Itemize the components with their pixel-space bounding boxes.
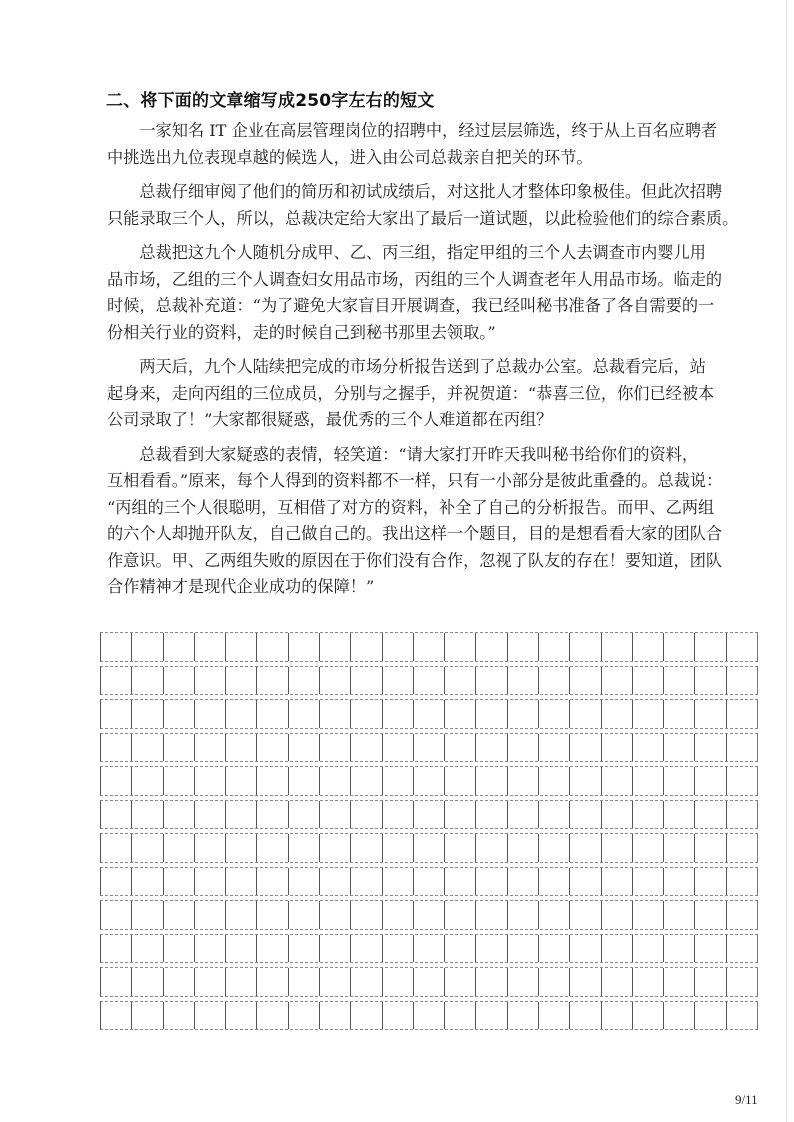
grid-cell[interactable] bbox=[570, 667, 601, 695]
grid-cell[interactable] bbox=[195, 734, 226, 762]
grid-cell[interactable] bbox=[164, 633, 195, 661]
grid-cell[interactable] bbox=[289, 633, 320, 661]
grid-cell[interactable] bbox=[695, 968, 726, 996]
grid-cell[interactable] bbox=[539, 700, 570, 728]
grid-cell[interactable] bbox=[570, 767, 601, 795]
grid-cell[interactable] bbox=[633, 801, 664, 829]
grid-cell[interactable] bbox=[351, 801, 382, 829]
grid-cell[interactable] bbox=[414, 834, 445, 862]
grid-cell[interactable] bbox=[476, 834, 507, 862]
writing-grid bbox=[100, 632, 758, 1034]
grid-cell[interactable] bbox=[508, 834, 539, 862]
grid-cell[interactable] bbox=[602, 935, 633, 963]
grid-cell[interactable] bbox=[132, 801, 163, 829]
paragraph-line: “丙组的三个人很聪明，互相借了对方的资料，补全了自己的分析报告。而甲、乙两组 bbox=[107, 495, 779, 522]
grid-cell[interactable] bbox=[602, 667, 633, 695]
grid-cell[interactable] bbox=[445, 633, 476, 661]
grid-cell[interactable] bbox=[101, 901, 132, 929]
grid-cell[interactable] bbox=[226, 868, 257, 896]
grid-row bbox=[100, 733, 758, 763]
grid-cell[interactable] bbox=[289, 834, 320, 862]
grid-cell[interactable] bbox=[664, 1002, 695, 1030]
grid-cell[interactable] bbox=[101, 734, 132, 762]
grid-row bbox=[100, 800, 758, 830]
grid-cell[interactable] bbox=[539, 868, 570, 896]
grid-cell[interactable] bbox=[101, 935, 132, 963]
grid-cell[interactable] bbox=[727, 868, 757, 896]
grid-cell[interactable] bbox=[414, 935, 445, 963]
grid-cell[interactable] bbox=[351, 901, 382, 929]
grid-cell[interactable] bbox=[570, 834, 601, 862]
grid-cell[interactable] bbox=[727, 968, 757, 996]
grid-cell[interactable] bbox=[508, 868, 539, 896]
grid-cell[interactable] bbox=[727, 935, 757, 963]
article-paragraph: 两天后，九个人陆续把完成的市场分析报告送到了总裁办公室。总裁看完后，站起身来，走… bbox=[107, 354, 779, 434]
grid-cell[interactable] bbox=[351, 767, 382, 795]
grid-cell[interactable] bbox=[633, 901, 664, 929]
grid-cell[interactable] bbox=[633, 767, 664, 795]
paragraph-line: 起身来，走向丙组的三位成员，分别与之握手，并祝贺道：“恭喜三位，你们已经被本 bbox=[107, 381, 779, 408]
grid-cell[interactable] bbox=[101, 633, 132, 661]
grid-cell[interactable] bbox=[164, 901, 195, 929]
article-text: 一家知名 IT 企业在高层管理岗位的招聘中，经过层层筛选，终于从上百名应聘者中挑… bbox=[107, 118, 779, 609]
grid-cell[interactable] bbox=[132, 734, 163, 762]
page-number: 9/11 bbox=[735, 1092, 758, 1108]
paragraph-line: 合作精神才是现代企业成功的保障！” bbox=[107, 574, 779, 601]
grid-cell[interactable] bbox=[602, 1002, 633, 1030]
grid-cell[interactable] bbox=[351, 667, 382, 695]
grid-cell[interactable] bbox=[570, 801, 601, 829]
grid-cell[interactable] bbox=[351, 700, 382, 728]
grid-cell[interactable] bbox=[226, 968, 257, 996]
grid-cell[interactable] bbox=[445, 968, 476, 996]
grid-cell[interactable] bbox=[383, 633, 414, 661]
grid-cell[interactable] bbox=[539, 901, 570, 929]
grid-cell[interactable] bbox=[664, 901, 695, 929]
grid-cell[interactable] bbox=[132, 868, 163, 896]
paragraph-line: 中挑选出九位表现卓越的候选人，进入由公司总裁亲自把关的环节。 bbox=[107, 145, 779, 172]
grid-cell[interactable] bbox=[320, 700, 351, 728]
paragraph-line: 总裁把这九个人随机分成甲、乙、丙三组，指定甲组的三个人去调查市内婴儿用 bbox=[107, 240, 779, 267]
grid-row bbox=[100, 867, 758, 897]
grid-cell[interactable] bbox=[476, 700, 507, 728]
grid-cell[interactable] bbox=[695, 667, 726, 695]
grid-cell[interactable] bbox=[164, 667, 195, 695]
grid-cell[interactable] bbox=[414, 667, 445, 695]
grid-cell[interactable] bbox=[602, 901, 633, 929]
grid-cell[interactable] bbox=[570, 734, 601, 762]
grid-cell[interactable] bbox=[508, 633, 539, 661]
grid-cell[interactable] bbox=[226, 834, 257, 862]
grid-cell[interactable] bbox=[539, 801, 570, 829]
grid-cell[interactable] bbox=[320, 667, 351, 695]
grid-cell[interactable] bbox=[570, 1002, 601, 1030]
grid-cell[interactable] bbox=[414, 700, 445, 728]
grid-cell[interactable] bbox=[195, 700, 226, 728]
paragraph-line: 互相看看。”原来，每个人得到的资料都不一样，只有一小部分是彼此重叠的。总裁说： bbox=[107, 468, 779, 495]
grid-cell[interactable] bbox=[101, 767, 132, 795]
grid-cell[interactable] bbox=[351, 633, 382, 661]
grid-cell[interactable] bbox=[664, 968, 695, 996]
grid-cell[interactable] bbox=[383, 767, 414, 795]
grid-cell[interactable] bbox=[414, 734, 445, 762]
grid-cell[interactable] bbox=[476, 734, 507, 762]
grid-cell[interactable] bbox=[602, 834, 633, 862]
grid-cell[interactable] bbox=[383, 1002, 414, 1030]
grid-cell[interactable] bbox=[383, 901, 414, 929]
grid-cell[interactable] bbox=[257, 868, 288, 896]
grid-cell[interactable] bbox=[727, 1002, 757, 1030]
grid-row bbox=[100, 833, 758, 863]
grid-cell[interactable] bbox=[164, 700, 195, 728]
paragraph-line: 只能录取三个人，所以，总裁决定给大家出了最后一道试题，以此检验他们的综合素质。 bbox=[107, 206, 779, 233]
grid-cell[interactable] bbox=[664, 801, 695, 829]
grid-cell[interactable] bbox=[664, 868, 695, 896]
grid-row bbox=[100, 934, 758, 964]
grid-cell[interactable] bbox=[602, 968, 633, 996]
grid-cell[interactable] bbox=[445, 700, 476, 728]
grid-row bbox=[100, 967, 758, 997]
grid-cell[interactable] bbox=[226, 700, 257, 728]
grid-cell[interactable] bbox=[257, 1002, 288, 1030]
grid-cell[interactable] bbox=[226, 767, 257, 795]
grid-cell[interactable] bbox=[257, 968, 288, 996]
grid-cell[interactable] bbox=[476, 901, 507, 929]
grid-cell[interactable] bbox=[164, 935, 195, 963]
grid-cell[interactable] bbox=[602, 801, 633, 829]
grid-cell[interactable] bbox=[414, 1002, 445, 1030]
grid-cell[interactable] bbox=[508, 667, 539, 695]
grid-cell[interactable] bbox=[383, 667, 414, 695]
grid-cell[interactable] bbox=[664, 767, 695, 795]
grid-cell[interactable] bbox=[257, 801, 288, 829]
grid-cell[interactable] bbox=[132, 968, 163, 996]
grid-cell[interactable] bbox=[226, 801, 257, 829]
grid-cell[interactable] bbox=[570, 935, 601, 963]
grid-cell[interactable] bbox=[320, 968, 351, 996]
grid-cell[interactable] bbox=[195, 633, 226, 661]
paragraph-line: 公司录取了！”大家都很疑惑，最优秀的三个人难道都在丙组？ bbox=[107, 407, 779, 434]
grid-cell[interactable] bbox=[351, 734, 382, 762]
grid-cell[interactable] bbox=[539, 667, 570, 695]
grid-cell[interactable] bbox=[602, 868, 633, 896]
grid-cell[interactable] bbox=[132, 834, 163, 862]
grid-cell[interactable] bbox=[445, 667, 476, 695]
grid-cell[interactable] bbox=[602, 767, 633, 795]
grid-cell[interactable] bbox=[101, 667, 132, 695]
grid-cell[interactable] bbox=[320, 935, 351, 963]
grid-cell[interactable] bbox=[101, 968, 132, 996]
grid-cell[interactable] bbox=[727, 834, 757, 862]
grid-cell[interactable] bbox=[257, 901, 288, 929]
grid-cell[interactable] bbox=[164, 1002, 195, 1030]
grid-cell[interactable] bbox=[727, 700, 757, 728]
grid-cell[interactable] bbox=[727, 801, 757, 829]
grid-cell[interactable] bbox=[539, 834, 570, 862]
grid-cell[interactable] bbox=[351, 834, 382, 862]
grid-cell[interactable] bbox=[445, 834, 476, 862]
grid-cell[interactable] bbox=[226, 667, 257, 695]
grid-cell[interactable] bbox=[320, 633, 351, 661]
grid-cell[interactable] bbox=[695, 935, 726, 963]
paragraph-line: 总裁看到大家疑惑的表情，轻笑道：“请大家打开昨天我叫秘书给你们的资料， bbox=[107, 442, 779, 469]
grid-cell[interactable] bbox=[476, 968, 507, 996]
grid-cell[interactable] bbox=[633, 667, 664, 695]
grid-cell[interactable] bbox=[164, 767, 195, 795]
grid-cell[interactable] bbox=[195, 834, 226, 862]
grid-cell[interactable] bbox=[476, 935, 507, 963]
grid-cell[interactable] bbox=[132, 1002, 163, 1030]
grid-cell[interactable] bbox=[257, 633, 288, 661]
grid-cell[interactable] bbox=[570, 901, 601, 929]
paragraph-line: 一家知名 IT 企业在高层管理岗位的招聘中，经过层层筛选，终于从上百名应聘者 bbox=[107, 118, 779, 145]
grid-cell[interactable] bbox=[727, 734, 757, 762]
grid-cell[interactable] bbox=[695, 700, 726, 728]
grid-cell[interactable] bbox=[539, 1002, 570, 1030]
grid-cell[interactable] bbox=[164, 834, 195, 862]
paragraph-line: 时候，总裁补充道：“为了避免大家盲目开展调查，我已经叫秘书准备了各自需要的一 bbox=[107, 293, 779, 320]
grid-cell[interactable] bbox=[164, 968, 195, 996]
grid-cell[interactable] bbox=[351, 868, 382, 896]
grid-row bbox=[100, 766, 758, 796]
grid-cell[interactable] bbox=[257, 700, 288, 728]
grid-cell[interactable] bbox=[445, 901, 476, 929]
grid-cell[interactable] bbox=[414, 767, 445, 795]
grid-cell[interactable] bbox=[383, 935, 414, 963]
grid-cell[interactable] bbox=[633, 700, 664, 728]
grid-cell[interactable] bbox=[476, 1002, 507, 1030]
grid-cell[interactable] bbox=[539, 633, 570, 661]
grid-cell[interactable] bbox=[539, 767, 570, 795]
grid-cell[interactable] bbox=[633, 935, 664, 963]
grid-cell[interactable] bbox=[695, 801, 726, 829]
grid-cell[interactable] bbox=[508, 1002, 539, 1030]
grid-cell[interactable] bbox=[195, 935, 226, 963]
grid-cell[interactable] bbox=[226, 935, 257, 963]
grid-row bbox=[100, 699, 758, 729]
grid-cell[interactable] bbox=[383, 868, 414, 896]
grid-cell[interactable] bbox=[351, 1002, 382, 1030]
grid-cell[interactable] bbox=[727, 633, 757, 661]
grid-cell[interactable] bbox=[695, 633, 726, 661]
grid-cell[interactable] bbox=[445, 801, 476, 829]
article-paragraph: 总裁仔细审阅了他们的简历和初试成绩后，对这批人才整体印象极佳。但此次招聘只能录取… bbox=[107, 179, 779, 232]
grid-cell[interactable] bbox=[195, 767, 226, 795]
grid-cell[interactable] bbox=[195, 868, 226, 896]
grid-cell[interactable] bbox=[289, 968, 320, 996]
paragraph-line: 份相关行业的资料，走的时候自己到秘书那里去领取。” bbox=[107, 320, 779, 347]
article-paragraph: 总裁把这九个人随机分成甲、乙、丙三组，指定甲组的三个人去调查市内婴儿用品市场，乙… bbox=[107, 240, 779, 346]
grid-cell[interactable] bbox=[351, 968, 382, 996]
grid-row bbox=[100, 1001, 758, 1031]
grid-cell[interactable] bbox=[195, 801, 226, 829]
paragraph-line: 两天后，九个人陆续把完成的市场分析报告送到了总裁办公室。总裁看完后，站 bbox=[107, 354, 779, 381]
grid-cell[interactable] bbox=[351, 935, 382, 963]
grid-cell[interactable] bbox=[539, 935, 570, 963]
grid-cell[interactable] bbox=[602, 734, 633, 762]
grid-cell[interactable] bbox=[539, 734, 570, 762]
grid-cell[interactable] bbox=[664, 667, 695, 695]
grid-cell[interactable] bbox=[664, 734, 695, 762]
grid-cell[interactable] bbox=[695, 767, 726, 795]
grid-cell[interactable] bbox=[257, 767, 288, 795]
grid-cell[interactable] bbox=[226, 901, 257, 929]
grid-row bbox=[100, 666, 758, 696]
grid-cell[interactable] bbox=[195, 968, 226, 996]
grid-cell[interactable] bbox=[695, 834, 726, 862]
grid-cell[interactable] bbox=[602, 700, 633, 728]
grid-cell[interactable] bbox=[320, 767, 351, 795]
grid-cell[interactable] bbox=[164, 734, 195, 762]
grid-cell[interactable] bbox=[164, 801, 195, 829]
grid-cell[interactable] bbox=[445, 935, 476, 963]
grid-cell[interactable] bbox=[445, 767, 476, 795]
grid-cell[interactable] bbox=[414, 868, 445, 896]
grid-cell[interactable] bbox=[445, 734, 476, 762]
grid-cell[interactable] bbox=[570, 700, 601, 728]
grid-cell[interactable] bbox=[476, 667, 507, 695]
grid-cell[interactable] bbox=[414, 801, 445, 829]
grid-cell[interactable] bbox=[602, 633, 633, 661]
section-heading: 二、将下面的文章缩写成250字左右的短文 bbox=[106, 86, 435, 111]
grid-cell[interactable] bbox=[633, 868, 664, 896]
grid-cell[interactable] bbox=[226, 734, 257, 762]
grid-cell[interactable] bbox=[195, 667, 226, 695]
grid-cell[interactable] bbox=[132, 901, 163, 929]
grid-cell[interactable] bbox=[257, 834, 288, 862]
grid-cell[interactable] bbox=[289, 935, 320, 963]
article-paragraph: 总裁看到大家疑惑的表情，轻笑道：“请大家打开昨天我叫秘书给你们的资料，互相看看。… bbox=[107, 442, 779, 601]
page-edge bbox=[786, 0, 787, 1122]
grid-cell[interactable] bbox=[695, 1002, 726, 1030]
grid-cell[interactable] bbox=[633, 834, 664, 862]
grid-cell[interactable] bbox=[289, 1002, 320, 1030]
grid-row bbox=[100, 900, 758, 930]
grid-cell[interactable] bbox=[101, 868, 132, 896]
paragraph-line: 作意识。甲、乙两组失败的原因在于你们没有合作，忽视了队友的存在！要知道，团队 bbox=[107, 548, 779, 575]
grid-cell[interactable] bbox=[508, 767, 539, 795]
grid-cell[interactable] bbox=[476, 868, 507, 896]
grid-cell[interactable] bbox=[289, 801, 320, 829]
grid-cell[interactable] bbox=[383, 801, 414, 829]
grid-cell[interactable] bbox=[132, 767, 163, 795]
grid-cell[interactable] bbox=[289, 667, 320, 695]
paragraph-line: 总裁仔细审阅了他们的简历和初试成绩后，对这批人才整体印象极佳。但此次招聘 bbox=[107, 179, 779, 206]
grid-cell[interactable] bbox=[320, 1002, 351, 1030]
grid-cell[interactable] bbox=[633, 633, 664, 661]
grid-cell[interactable] bbox=[383, 734, 414, 762]
grid-cell[interactable] bbox=[132, 667, 163, 695]
article-paragraph: 一家知名 IT 企业在高层管理岗位的招聘中，经过层层筛选，终于从上百名应聘者中挑… bbox=[107, 118, 779, 171]
grid-cell[interactable] bbox=[508, 734, 539, 762]
grid-cell[interactable] bbox=[383, 968, 414, 996]
grid-cell[interactable] bbox=[570, 968, 601, 996]
grid-cell[interactable] bbox=[257, 935, 288, 963]
grid-cell[interactable] bbox=[320, 801, 351, 829]
grid-cell[interactable] bbox=[570, 868, 601, 896]
grid-cell[interactable] bbox=[257, 667, 288, 695]
grid-cell[interactable] bbox=[195, 901, 226, 929]
grid-cell[interactable] bbox=[320, 734, 351, 762]
grid-cell[interactable] bbox=[633, 968, 664, 996]
grid-cell[interactable] bbox=[164, 868, 195, 896]
grid-cell[interactable] bbox=[570, 633, 601, 661]
paragraph-line: 的六个人却抛开队友，自己做自己的。我出这样一个题目，目的是想看看大家的团队合 bbox=[107, 521, 779, 548]
grid-cell[interactable] bbox=[101, 700, 132, 728]
grid-cell[interactable] bbox=[132, 633, 163, 661]
grid-cell[interactable] bbox=[508, 801, 539, 829]
grid-cell[interactable] bbox=[132, 700, 163, 728]
grid-cell[interactable] bbox=[695, 868, 726, 896]
grid-cell[interactable] bbox=[664, 834, 695, 862]
grid-cell[interactable] bbox=[257, 734, 288, 762]
grid-cell[interactable] bbox=[226, 1002, 257, 1030]
grid-cell[interactable] bbox=[727, 901, 757, 929]
grid-cell[interactable] bbox=[383, 700, 414, 728]
grid-cell[interactable] bbox=[320, 868, 351, 896]
grid-cell[interactable] bbox=[508, 700, 539, 728]
grid-cell[interactable] bbox=[695, 901, 726, 929]
grid-cell[interactable] bbox=[383, 834, 414, 862]
grid-cell[interactable] bbox=[727, 667, 757, 695]
grid-cell[interactable] bbox=[445, 868, 476, 896]
grid-cell[interactable] bbox=[414, 968, 445, 996]
grid-cell[interactable] bbox=[633, 734, 664, 762]
grid-cell[interactable] bbox=[476, 767, 507, 795]
grid-cell[interactable] bbox=[414, 901, 445, 929]
grid-cell[interactable] bbox=[508, 935, 539, 963]
grid-cell[interactable] bbox=[289, 868, 320, 896]
grid-cell[interactable] bbox=[476, 633, 507, 661]
grid-cell[interactable] bbox=[320, 834, 351, 862]
grid-cell[interactable] bbox=[445, 1002, 476, 1030]
grid-cell[interactable] bbox=[132, 935, 163, 963]
grid-cell[interactable] bbox=[101, 1002, 132, 1030]
grid-cell[interactable] bbox=[289, 700, 320, 728]
grid-cell[interactable] bbox=[320, 901, 351, 929]
grid-cell[interactable] bbox=[226, 633, 257, 661]
grid-cell[interactable] bbox=[476, 801, 507, 829]
grid-cell[interactable] bbox=[508, 968, 539, 996]
grid-cell[interactable] bbox=[289, 901, 320, 929]
grid-cell[interactable] bbox=[289, 767, 320, 795]
grid-cell[interactable] bbox=[289, 734, 320, 762]
grid-cell[interactable] bbox=[727, 767, 757, 795]
grid-cell[interactable] bbox=[414, 633, 445, 661]
paragraph-line: 品市场，乙组的三个人调查妇女用品市场，丙组的三个人调查老年人用品市场。临走的 bbox=[107, 267, 779, 294]
grid-cell[interactable] bbox=[633, 1002, 664, 1030]
grid-cell[interactable] bbox=[664, 700, 695, 728]
grid-cell[interactable] bbox=[101, 801, 132, 829]
grid-cell[interactable] bbox=[664, 633, 695, 661]
grid-cell[interactable] bbox=[664, 935, 695, 963]
grid-cell[interactable] bbox=[508, 901, 539, 929]
grid-cell[interactable] bbox=[195, 1002, 226, 1030]
grid-cell[interactable] bbox=[539, 968, 570, 996]
grid-cell[interactable] bbox=[695, 734, 726, 762]
grid-cell[interactable] bbox=[101, 834, 132, 862]
grid-row bbox=[100, 632, 758, 662]
